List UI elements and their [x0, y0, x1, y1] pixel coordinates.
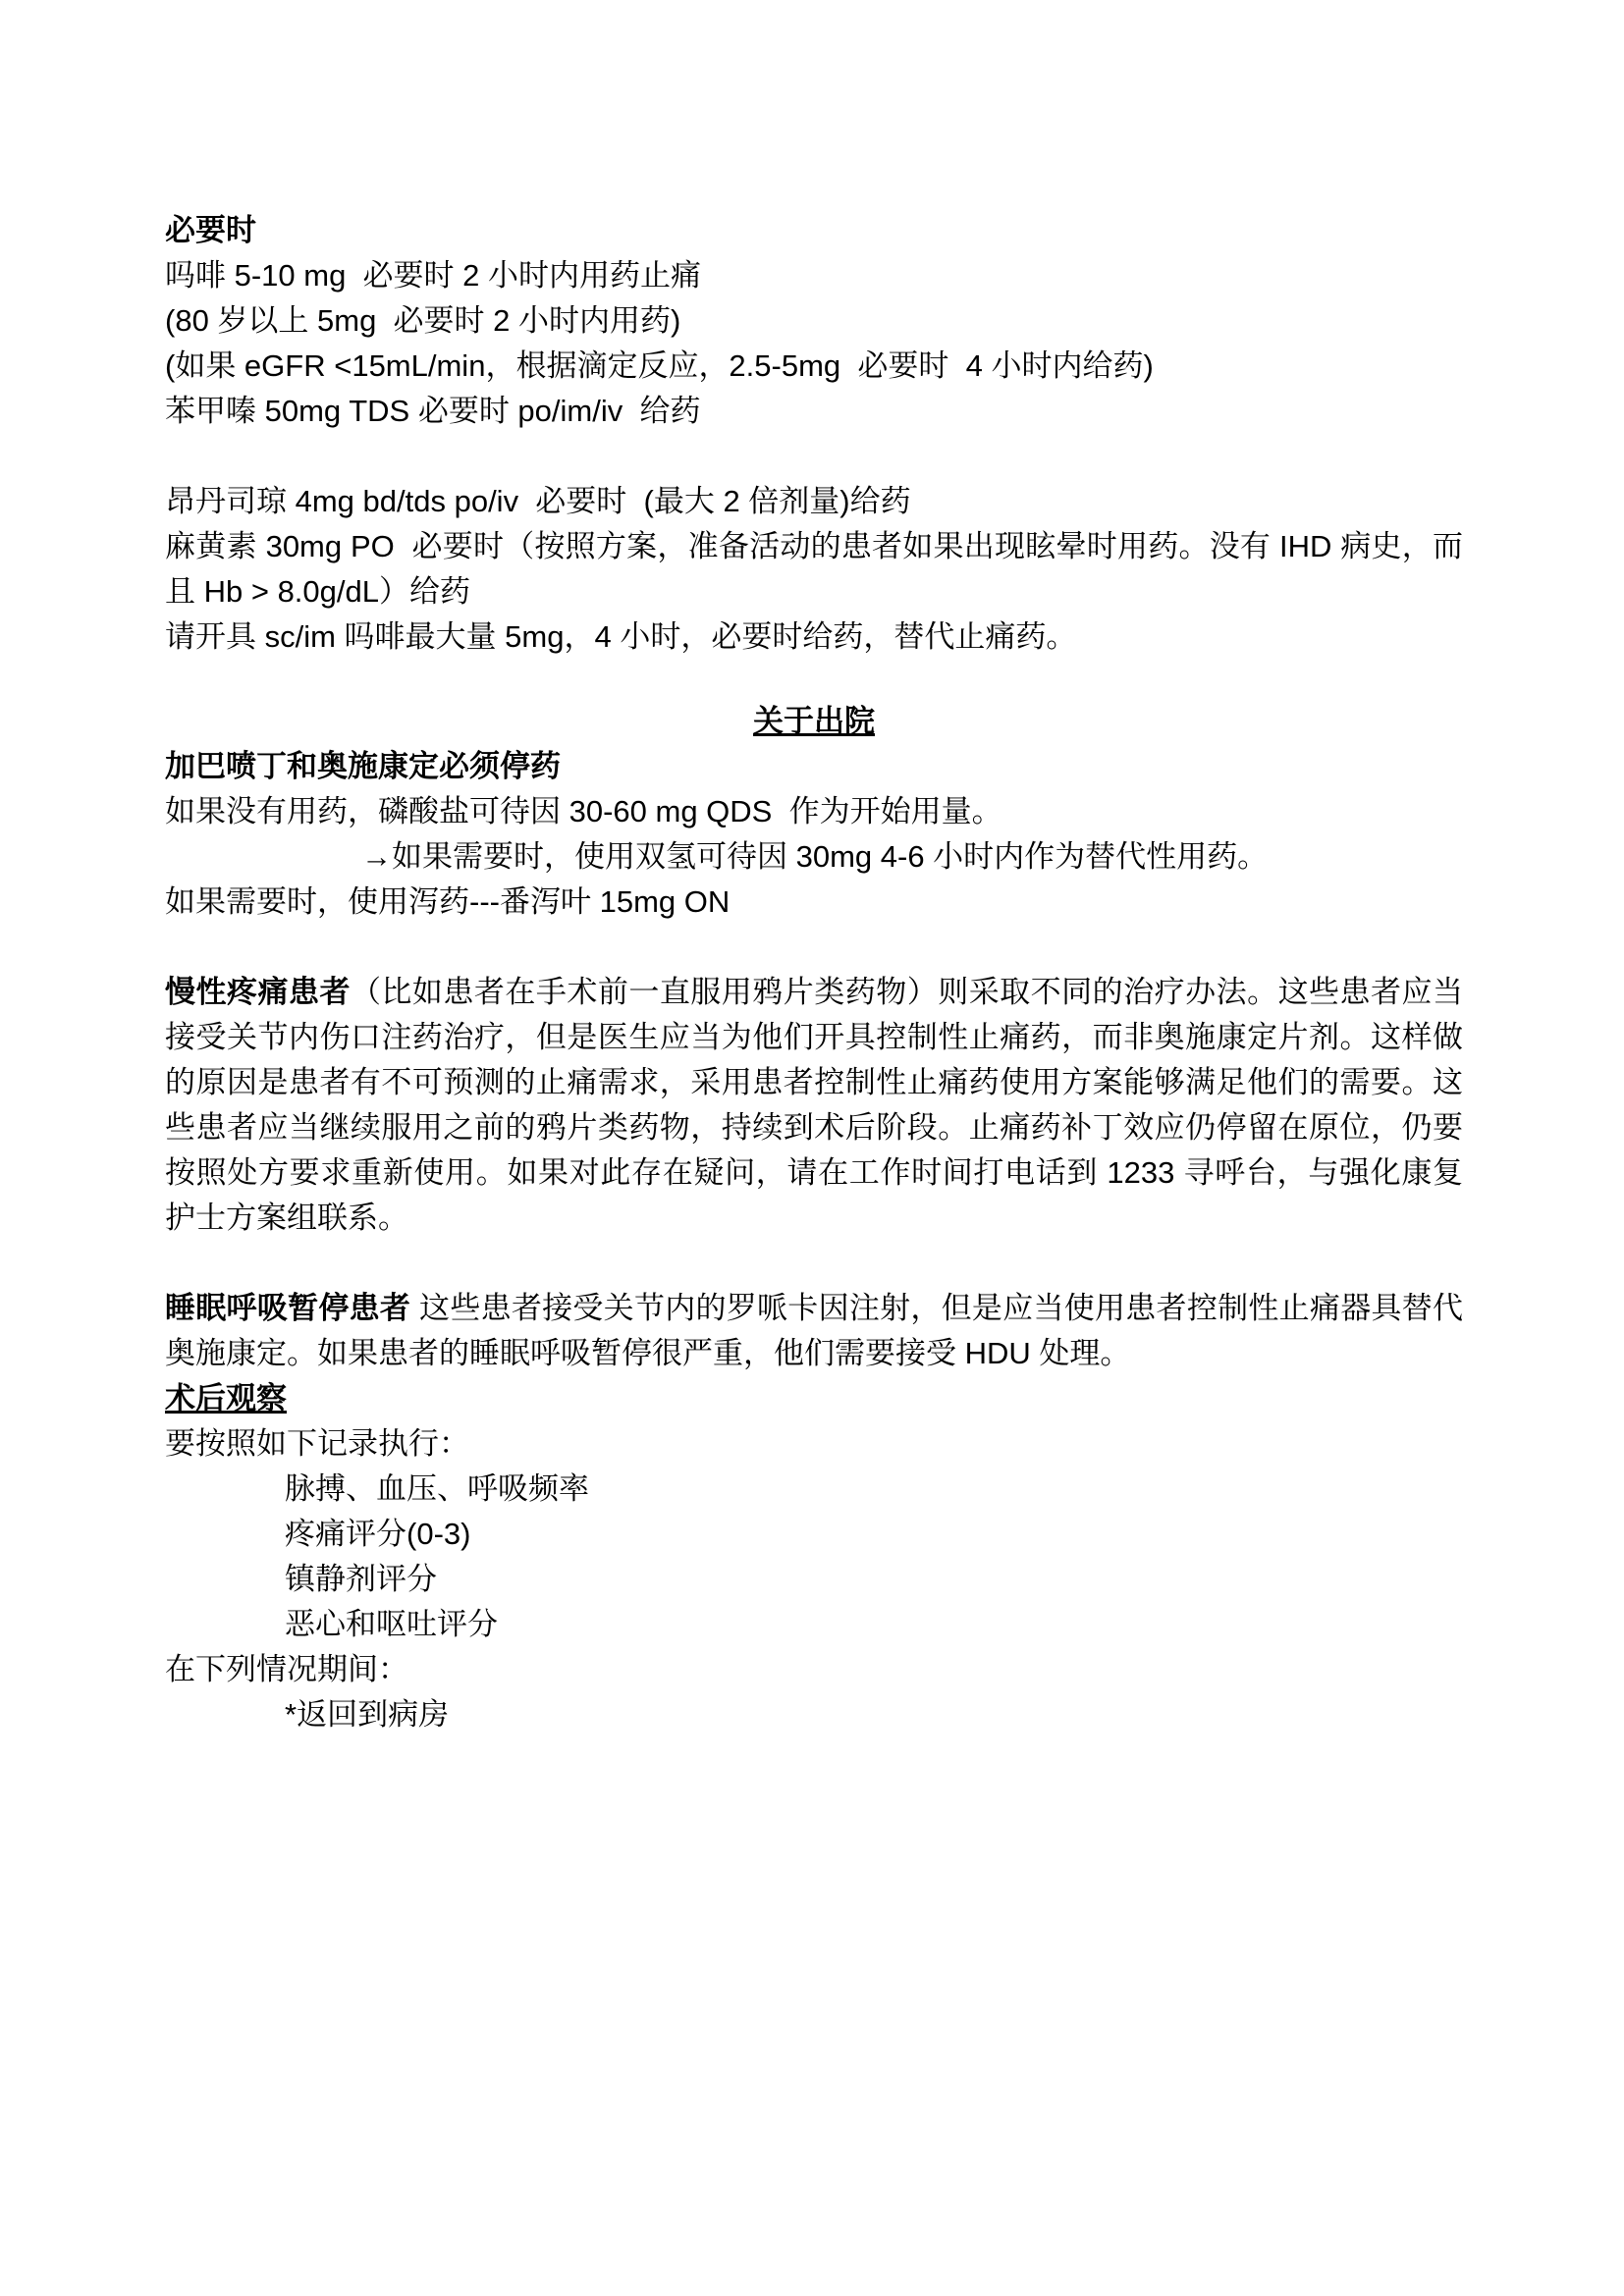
- prn-line-ondansetron: 昂丹司琼 4mg bd/tds po/iv 必要时 (最大 2 倍剂量)给药: [165, 479, 1463, 524]
- discharge-stop-line: 加巴喷丁和奥施康定必须停药: [165, 744, 1463, 789]
- prn-line-ephedrine: 麻黄素 30mg PO 必要时（按照方案，准备活动的患者如果出现眩晕时用药。没有…: [165, 524, 1463, 614]
- postop-heading: 术后观察: [165, 1381, 287, 1415]
- blank-line: [165, 660, 1463, 699]
- prn-line-cyclizine: 苯甲嗪 50mg TDS 必要时 po/im/iv 给药: [165, 389, 1463, 434]
- discharge-laxative-line: 如果需要时，使用泻药---番泻叶 15mg ON: [165, 880, 1463, 925]
- postop-during-return-ward: *返回到病房: [165, 1692, 1463, 1737]
- sleep-apnea-lead: 睡眠呼吸暂停患者: [165, 1291, 410, 1325]
- postop-heading-row: 术后观察: [165, 1376, 1463, 1421]
- blank-line: [165, 925, 1463, 970]
- blank-line: [165, 434, 1463, 479]
- sleep-apnea-paragraph: 睡眠呼吸暂停患者 这些患者接受关节内的罗哌卡因注射，但是应当使用患者控制性止痛器…: [165, 1286, 1463, 1376]
- chronic-pain-body: （比如患者在手术前一直服用鸦片类药物）则采取不同的治疗办法。这些患者应当接受关节…: [165, 975, 1463, 1235]
- discharge-dihydrocodeine-line: →如果需要时，使用双氢可待因 30mg 4-6 小时内作为替代性用药。: [165, 834, 1463, 880]
- prn-line-morphine: 吗啡 5-10 mg 必要时 2 小时内用药止痛: [165, 253, 1463, 298]
- discharge-title: 关于出院: [753, 704, 875, 738]
- postop-intro: 要按照如下记录执行：: [165, 1421, 1463, 1467]
- discharge-codeine-line: 如果没有用药，磷酸盐可待因 30-60 mg QDS 作为开始用量。: [165, 789, 1463, 834]
- prn-heading: 必要时: [165, 208, 1463, 253]
- blank-line: [165, 1241, 1463, 1286]
- document-content: 必要时 吗啡 5-10 mg 必要时 2 小时内用药止痛 (80 岁以上 5mg…: [0, 0, 1624, 1737]
- postop-item-pain-score: 疼痛评分(0-3): [165, 1512, 1463, 1557]
- document-page: 必要时 吗啡 5-10 mg 必要时 2 小时内用药止痛 (80 岁以上 5mg…: [0, 0, 1624, 2296]
- chronic-pain-lead: 慢性疼痛患者: [165, 975, 351, 1009]
- postop-item-sedation-score: 镇静剂评分: [165, 1557, 1463, 1602]
- postop-item-nausea-score: 恶心和呕吐评分: [165, 1602, 1463, 1647]
- prn-line-over80: (80 岁以上 5mg 必要时 2 小时内用药): [165, 298, 1463, 344]
- discharge-title-row: 关于出院: [165, 699, 1463, 744]
- chronic-pain-paragraph: 慢性疼痛患者（比如患者在手术前一直服用鸦片类药物）则采取不同的治疗办法。这些患者…: [165, 970, 1463, 1241]
- postop-during-label: 在下列情况期间：: [165, 1647, 1463, 1692]
- prn-line-scim-morphine: 请开具 sc/im 吗啡最大量 5mg，4 小时，必要时给药，替代止痛药。: [165, 614, 1463, 660]
- prn-line-egfr: (如果 eGFR <15mL/min，根据滴定反应，2.5-5mg 必要时 4 …: [165, 344, 1463, 389]
- postop-item-vitals: 脉搏、血压、呼吸频率: [165, 1467, 1463, 1512]
